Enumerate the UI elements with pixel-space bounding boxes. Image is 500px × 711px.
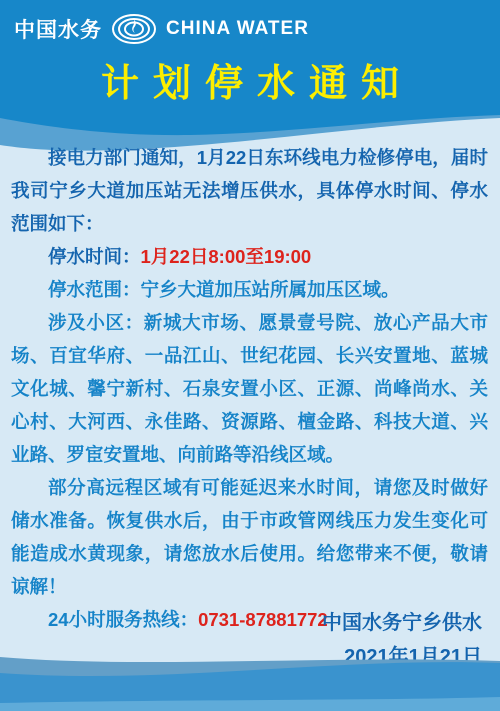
- signature-company: 中国水务宁乡供水: [322, 606, 482, 640]
- advisory-paragraph: 部分高远程区域有可能延迟来水时间，请您及时做好储水准备。恢复供水后，由于市政管网…: [11, 471, 488, 603]
- affected-areas-paragraph: 涉及小区：新城大市场、愿景壹号院、放心产品大市场、百宜华府、一品江山、世纪花园、…: [11, 306, 488, 471]
- brand-row: 中国水务 CHINA WATER: [14, 12, 309, 46]
- water-outage-notice-poster: 中国水务 CHINA WATER 计划停水通知 接电力部门通知，1月22日东环线…: [0, 0, 500, 711]
- hotline-label: 24小时服务热线：: [48, 609, 198, 630]
- china-water-ripple-logo-icon: [111, 12, 157, 46]
- brand-name-chinese: 中国水务: [14, 14, 102, 44]
- notice-body: 接电力部门通知，1月22日东环线电力检修停电，届时我司宁乡大道加压站无法增压供水…: [11, 141, 488, 636]
- brand-name-english: CHINA WATER: [166, 18, 309, 40]
- outage-time-line: 停水时间：1月22日8:00至19:00: [11, 240, 488, 273]
- outage-time-label: 停水时间：: [48, 246, 141, 267]
- intro-paragraph: 接电力部门通知，1月22日东环线电力检修停电，届时我司宁乡大道加压站无法增压供水…: [11, 141, 488, 240]
- outage-scope-line: 停水范围：宁乡大道加压站所属加压区域。: [11, 273, 488, 306]
- page-title: 计划停水通知: [0, 52, 500, 107]
- header-band: 中国水务 CHINA WATER 计划停水通知: [0, 0, 500, 112]
- footer-wave-decoration: [0, 653, 500, 711]
- outage-time-value: 1月22日8:00至19:00: [141, 246, 312, 267]
- hotline-number: 0731-87881772: [198, 609, 328, 630]
